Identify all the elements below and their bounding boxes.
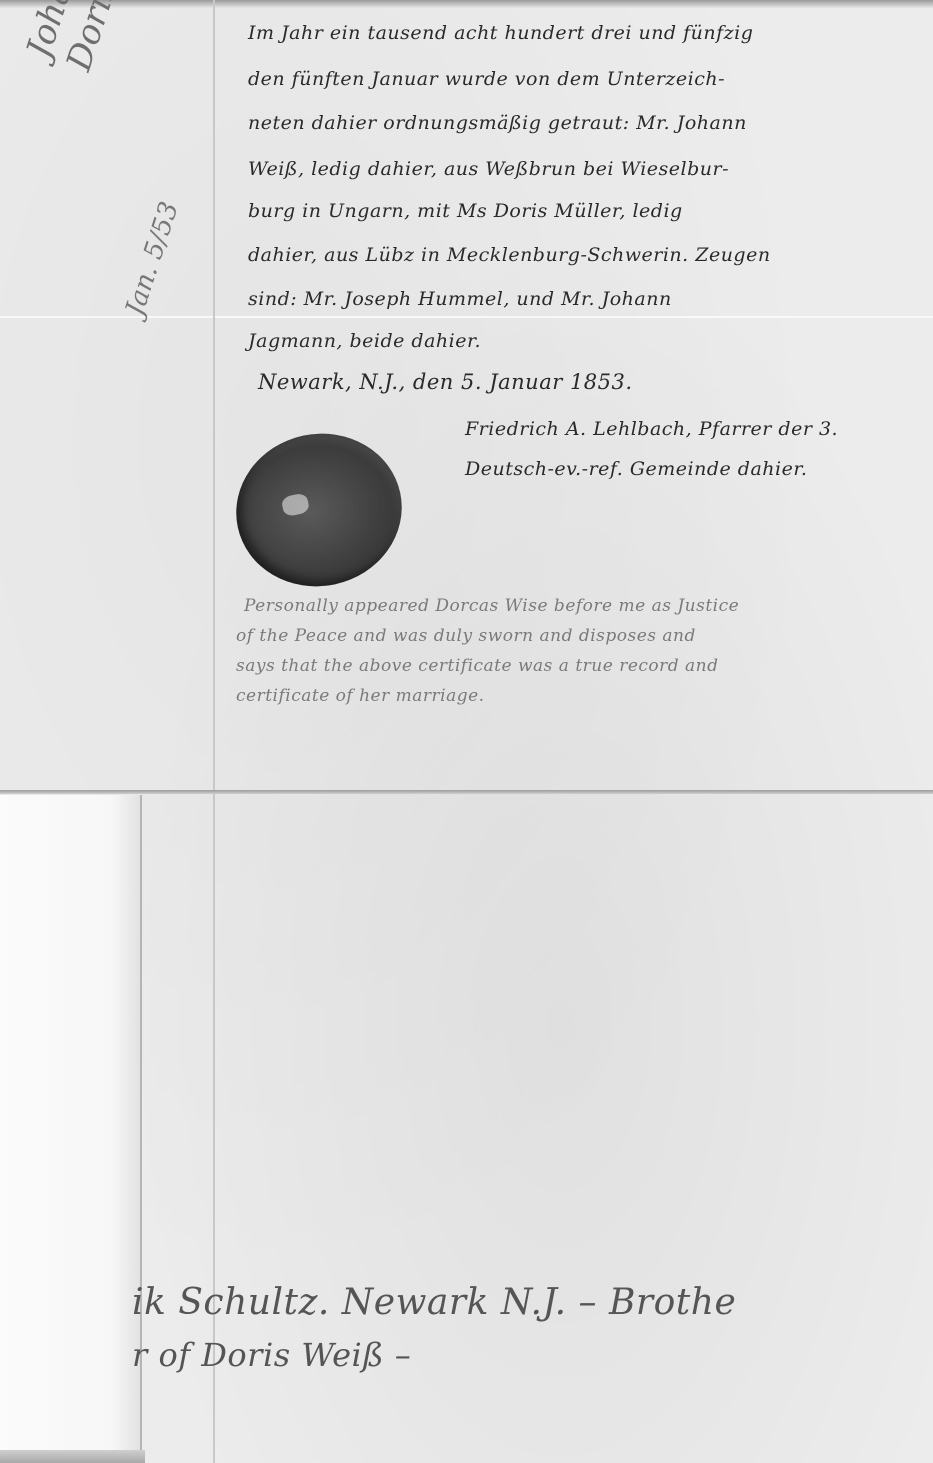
fold-crease-horizontal xyxy=(0,790,933,794)
text-line: sind: Mr. Joseph Hummel, und Mr. Johann xyxy=(248,288,672,310)
text-line: Weiß, ledig dahier, aus Weßbrun bei Wies… xyxy=(248,158,729,180)
margin-note-date: Jan. 5/53 xyxy=(120,198,185,319)
text-line: dahier, aus Lübz in Mecklenburg-Schwerin… xyxy=(248,244,771,266)
signature-line: Friedrich A. Lehlbach, Pfarrer der 3. xyxy=(465,418,838,440)
fold-crease-vertical xyxy=(213,0,215,1463)
wax-seal xyxy=(222,418,416,601)
margin-note-names: Johann Weiss Doris Müller xyxy=(18,0,169,76)
margin-name-bride: Doris Müller xyxy=(58,0,169,76)
folded-flap xyxy=(0,795,142,1460)
text-line: neten dahier ordnungsmäßig getraut: Mr. … xyxy=(248,112,747,134)
signature-line: Deutsch-ev.-ref. Gemeinde dahier. xyxy=(465,458,807,480)
text-line: burg in Ungarn, mit Ms Doris Müller, led… xyxy=(248,200,683,222)
affidavit-line: says that the above certificate was a tr… xyxy=(236,656,719,676)
date-line: Newark, N.J., den 5. Januar 1853. xyxy=(258,370,633,394)
affidavit-line: certificate of her marriage. xyxy=(236,686,485,706)
flap-shadow xyxy=(0,1450,145,1463)
document-page: Johann Weiss Doris Müller Jan. 5/53 Im J… xyxy=(0,0,933,1463)
text-line: den fünften Januar wurde von dem Unterze… xyxy=(248,68,725,90)
text-line: Im Jahr ein tausend acht hundert drei un… xyxy=(248,22,753,44)
text-line: Jagmann, beide dahier. xyxy=(248,330,481,352)
affidavit-line: Personally appeared Dorcas Wise before m… xyxy=(244,596,739,616)
top-edge xyxy=(0,0,933,8)
endorsement-line: r of Doris Weiß – xyxy=(132,1336,411,1374)
affidavit-line: of the Peace and was duly sworn and disp… xyxy=(236,626,696,646)
endorsement-line: ik Schultz. Newark N.J. – Brothe xyxy=(132,1282,736,1323)
